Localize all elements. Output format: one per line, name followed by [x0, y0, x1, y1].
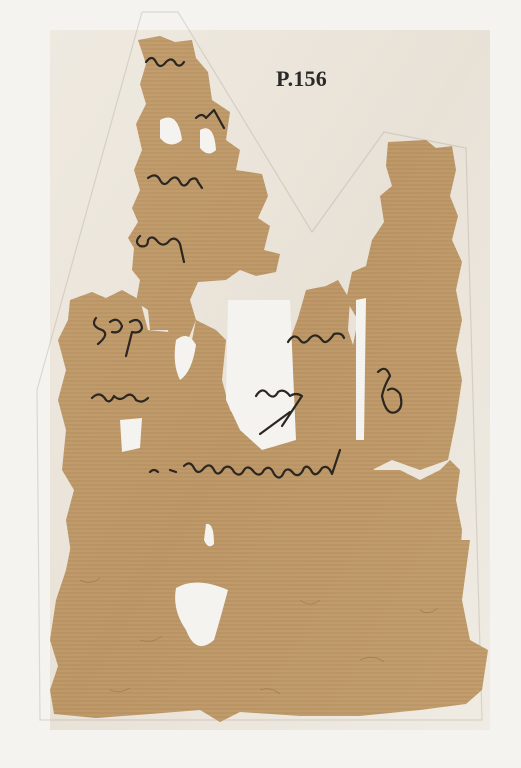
papyrus-photo	[0, 0, 521, 768]
catalog-label: P.156	[276, 66, 327, 92]
